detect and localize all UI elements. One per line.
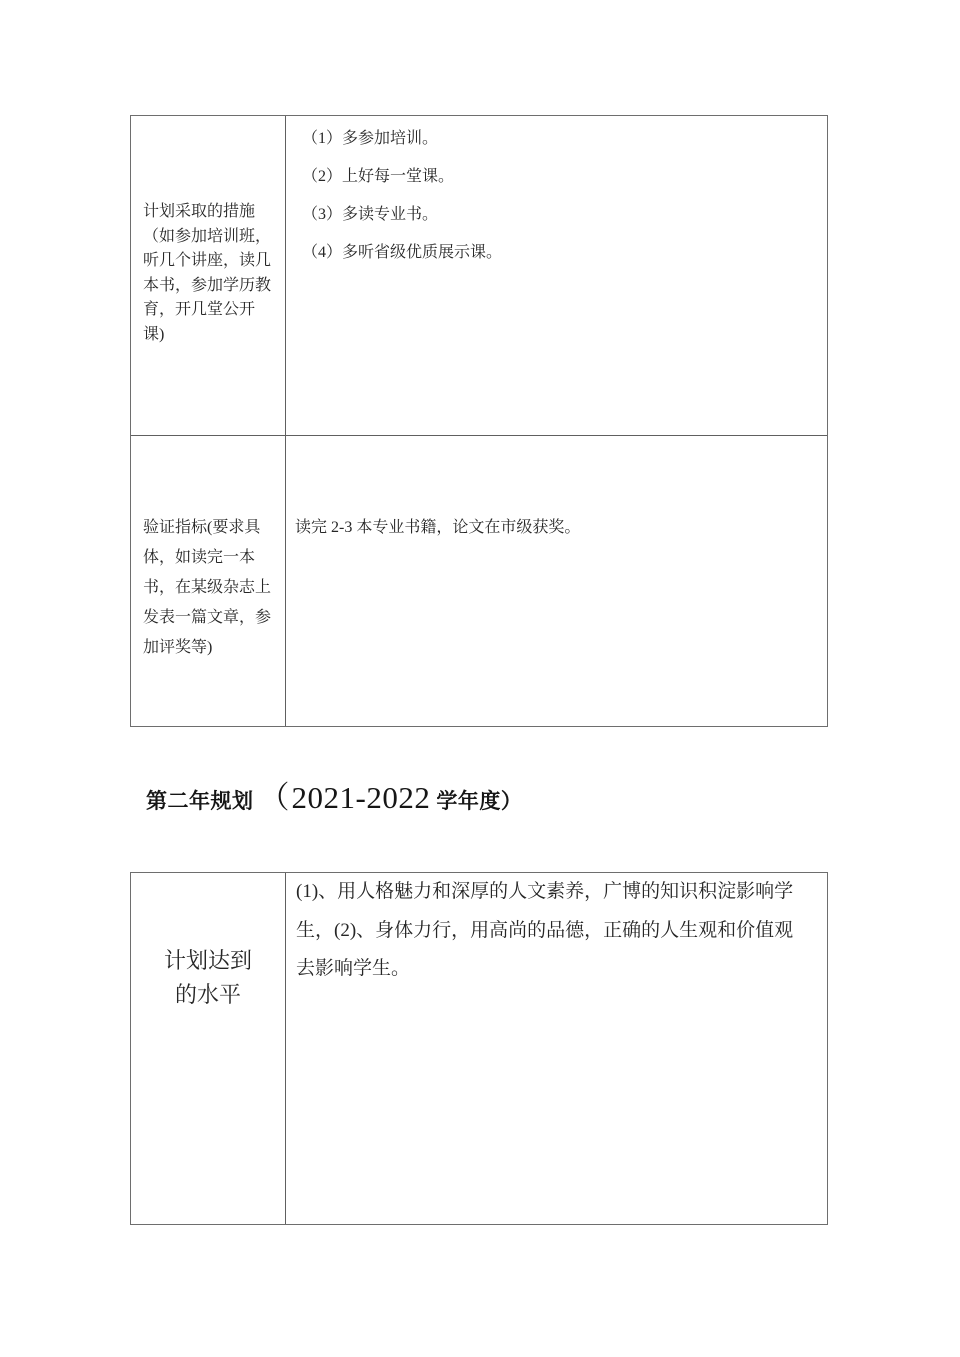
measures-table: 计划采取的措施 （如参加培训班， 听几个讲座，读几 本书，参加学历教 育，开几堂…: [130, 115, 828, 727]
heading-paren-close: ）: [501, 785, 523, 815]
document-page: 计划采取的措施 （如参加培训班， 听几个讲座，读几 本书，参加学历教 育，开几堂…: [0, 0, 960, 1357]
measures-content-cell: （1）多参加培训。 （2）上好每一堂课。 （3）多读专业书。 （4）多听省级优质…: [286, 116, 827, 436]
heading-paren-open: （: [259, 772, 290, 817]
second-year-table: 计划达到 的水平 (1)、用人格魅力和深厚的人文素养，广博的知识积淀影响学 生，…: [130, 872, 828, 1225]
heading-suffix: 学年度: [436, 785, 501, 815]
measures-label-cell: 计划采取的措施 （如参加培训班， 听几个讲座，读几 本书，参加学历教 育，开几堂…: [131, 116, 286, 436]
verification-content-cell: 读完 2-3 本专业书籍，论文在市级获奖。: [286, 436, 827, 726]
section-heading: 第二年规划 （ 2021-2022 学年度 ）: [146, 772, 522, 816]
planned-level-label-cell: 计划达到 的水平: [131, 873, 286, 1224]
verification-label-cell: 验证指标(要求具 体，如读完一本 书，在某级杂志上 发表一篇文章，参 加评奖等): [131, 436, 286, 726]
heading-prefix: 第二年规划: [146, 785, 254, 815]
heading-years: 2021-2022: [292, 780, 431, 816]
planned-level-content-cell: (1)、用人格魅力和深厚的人文素养，广博的知识积淀影响学 生，(2)、身体力行，…: [286, 873, 827, 1224]
